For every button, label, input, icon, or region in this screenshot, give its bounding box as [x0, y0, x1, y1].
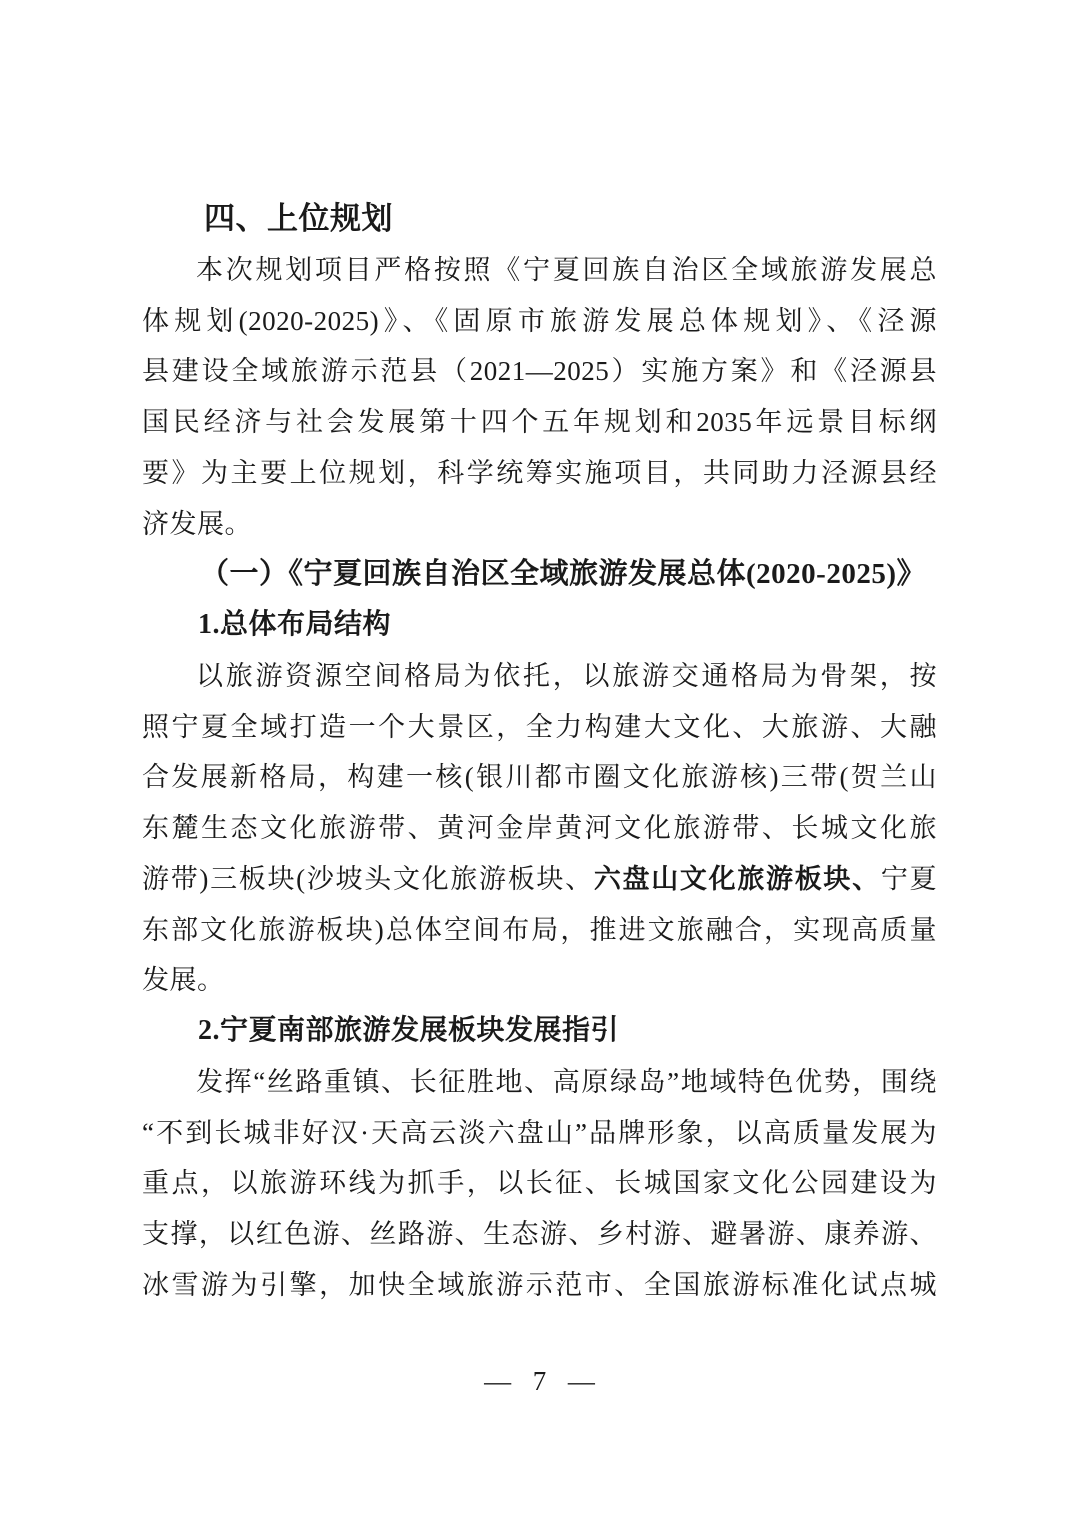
numbered-heading-1: 1.总体布局结构	[142, 600, 937, 651]
part2-line-3: 重点，以旅游环线为抓手，以长征、长城国家文化公园建设为	[142, 1158, 937, 1209]
numbered-heading-2: 2.宁夏南部旅游发展板块发展指引	[142, 1006, 937, 1057]
part1-line-2: 照宁夏全域打造一个大景区，全力构建大文化、大旅游、大融	[142, 702, 937, 753]
page-footer: — 7 —	[142, 1356, 937, 1406]
part1-line-5: 游带)三板块(沙坡头文化旅游板块、六盘山文化旅游板块、宁夏	[142, 854, 937, 905]
part1-line-3: 合发展新格局，构建一核(银川都市圈文化旅游核)三带(贺兰山	[142, 752, 937, 803]
part2-line-2: “不到长城非好汉·天高云淡六盘山”品牌形象，以高质量发展为	[142, 1108, 937, 1159]
part1-line-1: 以旅游资源空间格局为依托，以旅游交通格局为骨架，按	[142, 651, 937, 702]
part1-line-5-pre: 游带)三板块(沙坡头文化旅游板块、	[142, 864, 594, 894]
part1-line-6: 东部文化旅游板块)总体空间布局，推进文旅融合，实现高质量	[142, 905, 937, 956]
part1-line-4: 东麓生态文化旅游带、黄河金岸黄河文化旅游带、长城文化旅	[142, 803, 937, 854]
part2-line-1: 发挥“丝路重镇、长征胜地、高原绿岛”地域特色优势，围绕	[142, 1057, 937, 1108]
intro-line-5: 要》为主要上位规划，科学统筹实施项目，共同助力泾源县经	[142, 448, 937, 499]
bold-emphasis-liupanshan: 六盘山文化旅游板块、	[594, 864, 881, 894]
document-content: 四、上位规划 本次规划项目严格按照《宁夏回族自治区全域旅游发展总 体规划(202…	[142, 194, 937, 1311]
part1-line-7: 发展。	[142, 955, 937, 1006]
page-number: — 7 —	[484, 1366, 595, 1396]
section-heading: 四、上位规划	[142, 194, 937, 245]
intro-line-2: 体规划(2020-2025)》、《固原市旅游发展总体规划》、《泾源	[142, 296, 937, 347]
intro-line-4: 国民经济与社会发展第十四个五年规划和2035年远景目标纲	[142, 397, 937, 448]
intro-line-6: 济发展。	[142, 499, 937, 550]
intro-line-3: 县建设全域旅游示范县（2021—2025）实施方案》和《泾源县	[142, 346, 937, 397]
subsection-heading-1: （一）《宁夏回族自治区全域旅游发展总体(2020-2025)》	[142, 549, 937, 600]
part1-line-5-post: 宁夏	[881, 864, 937, 894]
intro-line-1: 本次规划项目严格按照《宁夏回族自治区全域旅游发展总	[142, 245, 937, 296]
part2-line-4: 支撑，以红色游、丝路游、生态游、乡村游、避暑游、康养游、	[142, 1209, 937, 1260]
part2-line-5: 冰雪游为引擎，加快全域旅游示范市、全国旅游标准化试点城	[142, 1260, 937, 1311]
